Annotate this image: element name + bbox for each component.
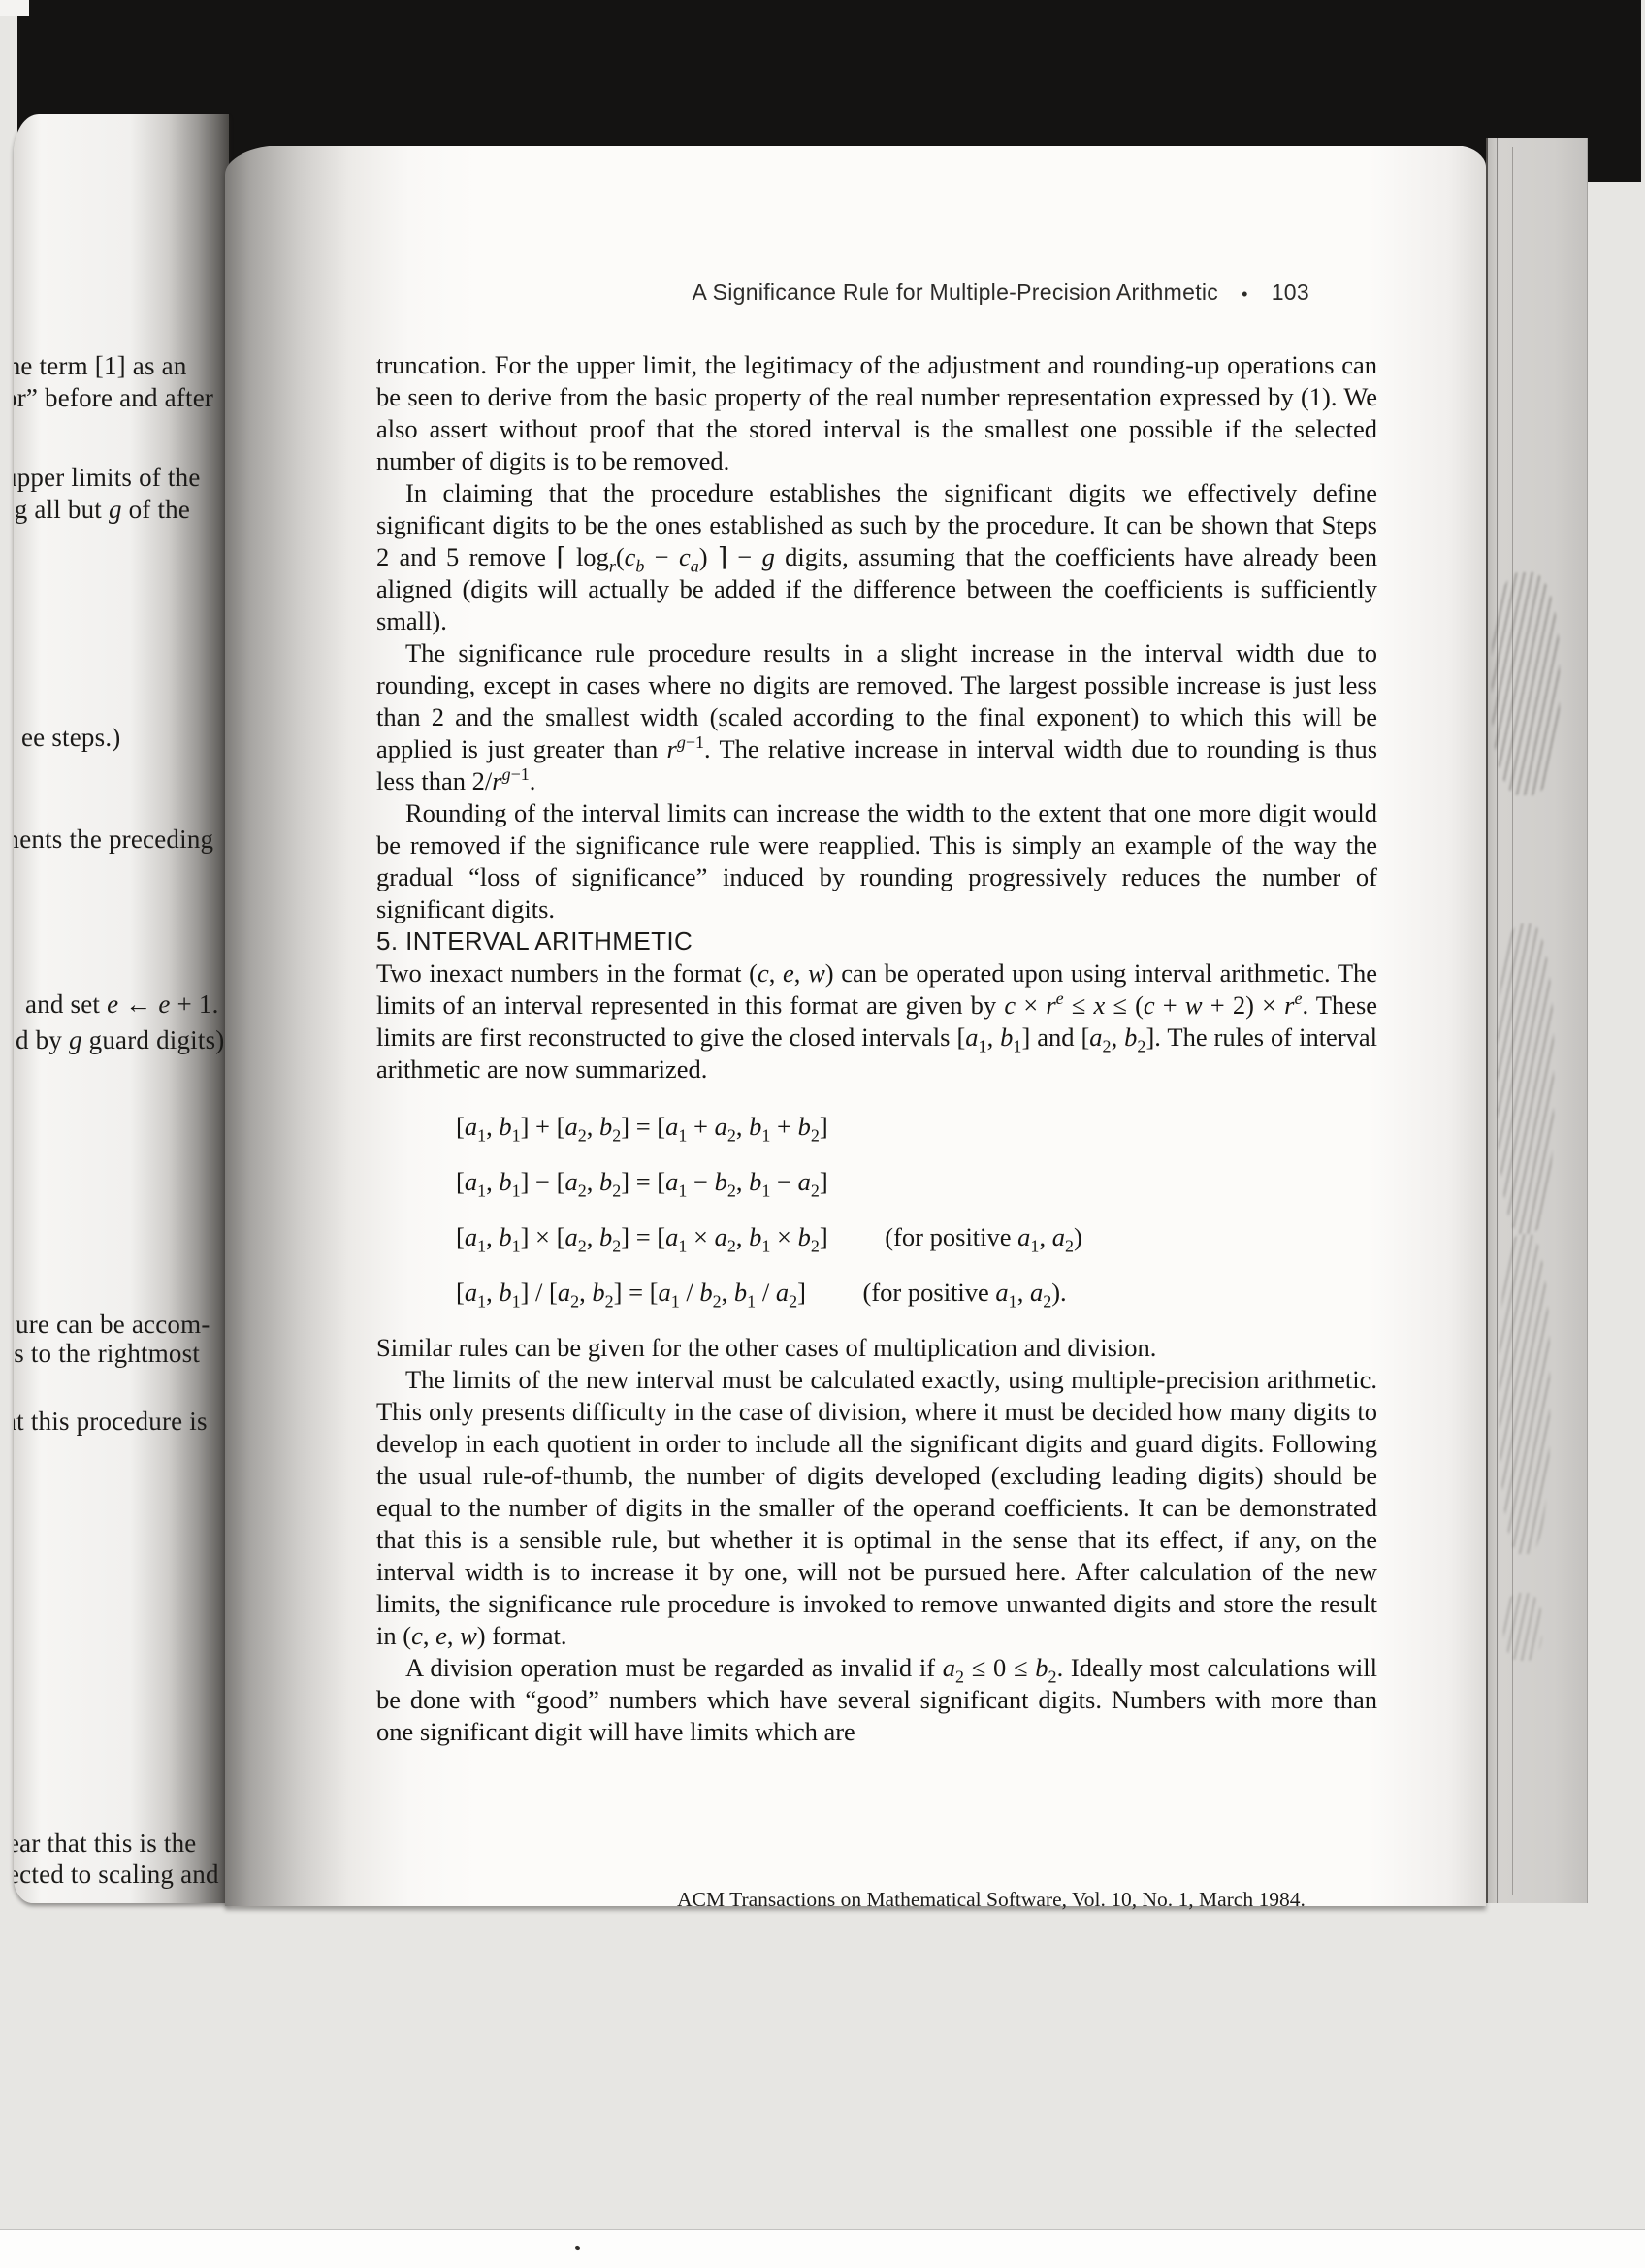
left-page-text-fragment: ee steps.) (21, 723, 120, 753)
left-page-text-fragment: upper limits of the (14, 463, 201, 493)
equation-addition: [a1, b1] + [a2, b2] = [a1 + a2, b1 + b2] (456, 1111, 1377, 1143)
left-facing-page: the term [1] as an or” before and after … (14, 114, 229, 1903)
left-page-text-fragment: at this procedure is (14, 1407, 208, 1437)
scan-corner-artifact (0, 0, 29, 16)
paragraph-new-interval-limits: The limits of the new interval must be c… (376, 1364, 1377, 1652)
section-heading-interval-arithmetic: 5. INTERVAL ARITHMETIC (376, 925, 1377, 957)
left-page-text-fragment: ure can be accom- (16, 1310, 210, 1340)
equation-expression: [a1, b1] + [a2, b2] = [a1 + a2, b1 + b2] (456, 1112, 828, 1141)
header-bullet: • (1242, 284, 1248, 305)
page-fore-edge (1486, 138, 1588, 1903)
paragraph-truncation: truncation. For the upper limit, the leg… (376, 349, 1377, 477)
paragraph-two-inexact: Two inexact numbers in the format (c, e,… (376, 957, 1377, 1085)
equation-multiplication: [a1, b1] × [a2, b2] = [a1 × a2, b1 × b2]… (456, 1221, 1377, 1253)
left-page-text-fragment: ected to scaling and (14, 1860, 219, 1890)
paragraph-rounding: Rounding of the interval limits can incr… (376, 797, 1377, 925)
left-page-text-fragment: the term [1] as an (14, 351, 187, 381)
paragraph-claiming: In claiming that the procedure establish… (376, 477, 1377, 637)
left-page-text-fragment: ng all but g of the (14, 495, 190, 525)
left-page-text-fragment: or” before and after (14, 383, 213, 413)
left-page-text-fragment: ments the preceding (14, 825, 213, 855)
equation-division: [a1, b1] / [a2, b2] = [a1 / b2, b1 / a2]… (456, 1277, 1377, 1309)
running-header-title: A Significance Rule for Multiple-Precisi… (693, 279, 1219, 306)
paragraph-significance-rule: The significance rule procedure results … (376, 637, 1377, 797)
equation-note: (for positive a1, a2) (885, 1222, 1082, 1251)
equation-note: (for positive a1, a2). (863, 1278, 1067, 1307)
paragraph-similar-rules: Similar rules can be given for the other… (376, 1332, 1377, 1364)
interval-arithmetic-equations: [a1, b1] + [a2, b2] = [a1 + a2, b1 + b2]… (376, 1111, 1377, 1309)
scan-smudge-artifact (1492, 572, 1560, 795)
equation-expression: [a1, b1] × [a2, b2] = [a1 × a2, b1 × b2] (456, 1222, 828, 1251)
left-page-text-fragment: rs to the rightmost (14, 1339, 200, 1369)
journal-footer: ACM Transactions on Mathematical Softwar… (603, 1888, 1379, 1912)
scanner-bed-bottom-band (0, 2229, 1645, 2268)
page-number: 103 (1272, 279, 1309, 306)
scan-smudge-artifact (1503, 1593, 1542, 1661)
running-header: A Significance Rule for Multiple-Precisi… (225, 279, 1309, 306)
paragraph-division-invalid: A division operation must be regarded as… (376, 1652, 1377, 1748)
equation-subtraction: [a1, b1] − [a2, b2] = [a1 − b2, b1 − a2] (456, 1166, 1377, 1198)
page-body: truncation. For the upper limit, the leg… (376, 349, 1377, 1748)
page-edge-line (1486, 138, 1488, 1903)
left-page-text-fragment: and set e ← e + 1. (25, 989, 219, 1020)
left-page-text-fragment: ear that this is the (14, 1829, 196, 1859)
scan-smudge-artifact (1500, 1234, 1550, 1554)
equation-expression: [a1, b1] − [a2, b2] = [a1 − b2, b1 − a2] (456, 1167, 828, 1196)
paper-page: A Significance Rule for Multiple-Precisi… (225, 146, 1486, 1906)
scan-smudge-artifact (1498, 923, 1554, 1234)
equation-expression: [a1, b1] / [a2, b2] = [a1 / b2, b1 / a2] (456, 1278, 806, 1307)
left-page-text-fragment: d by g guard digits). (16, 1025, 229, 1055)
